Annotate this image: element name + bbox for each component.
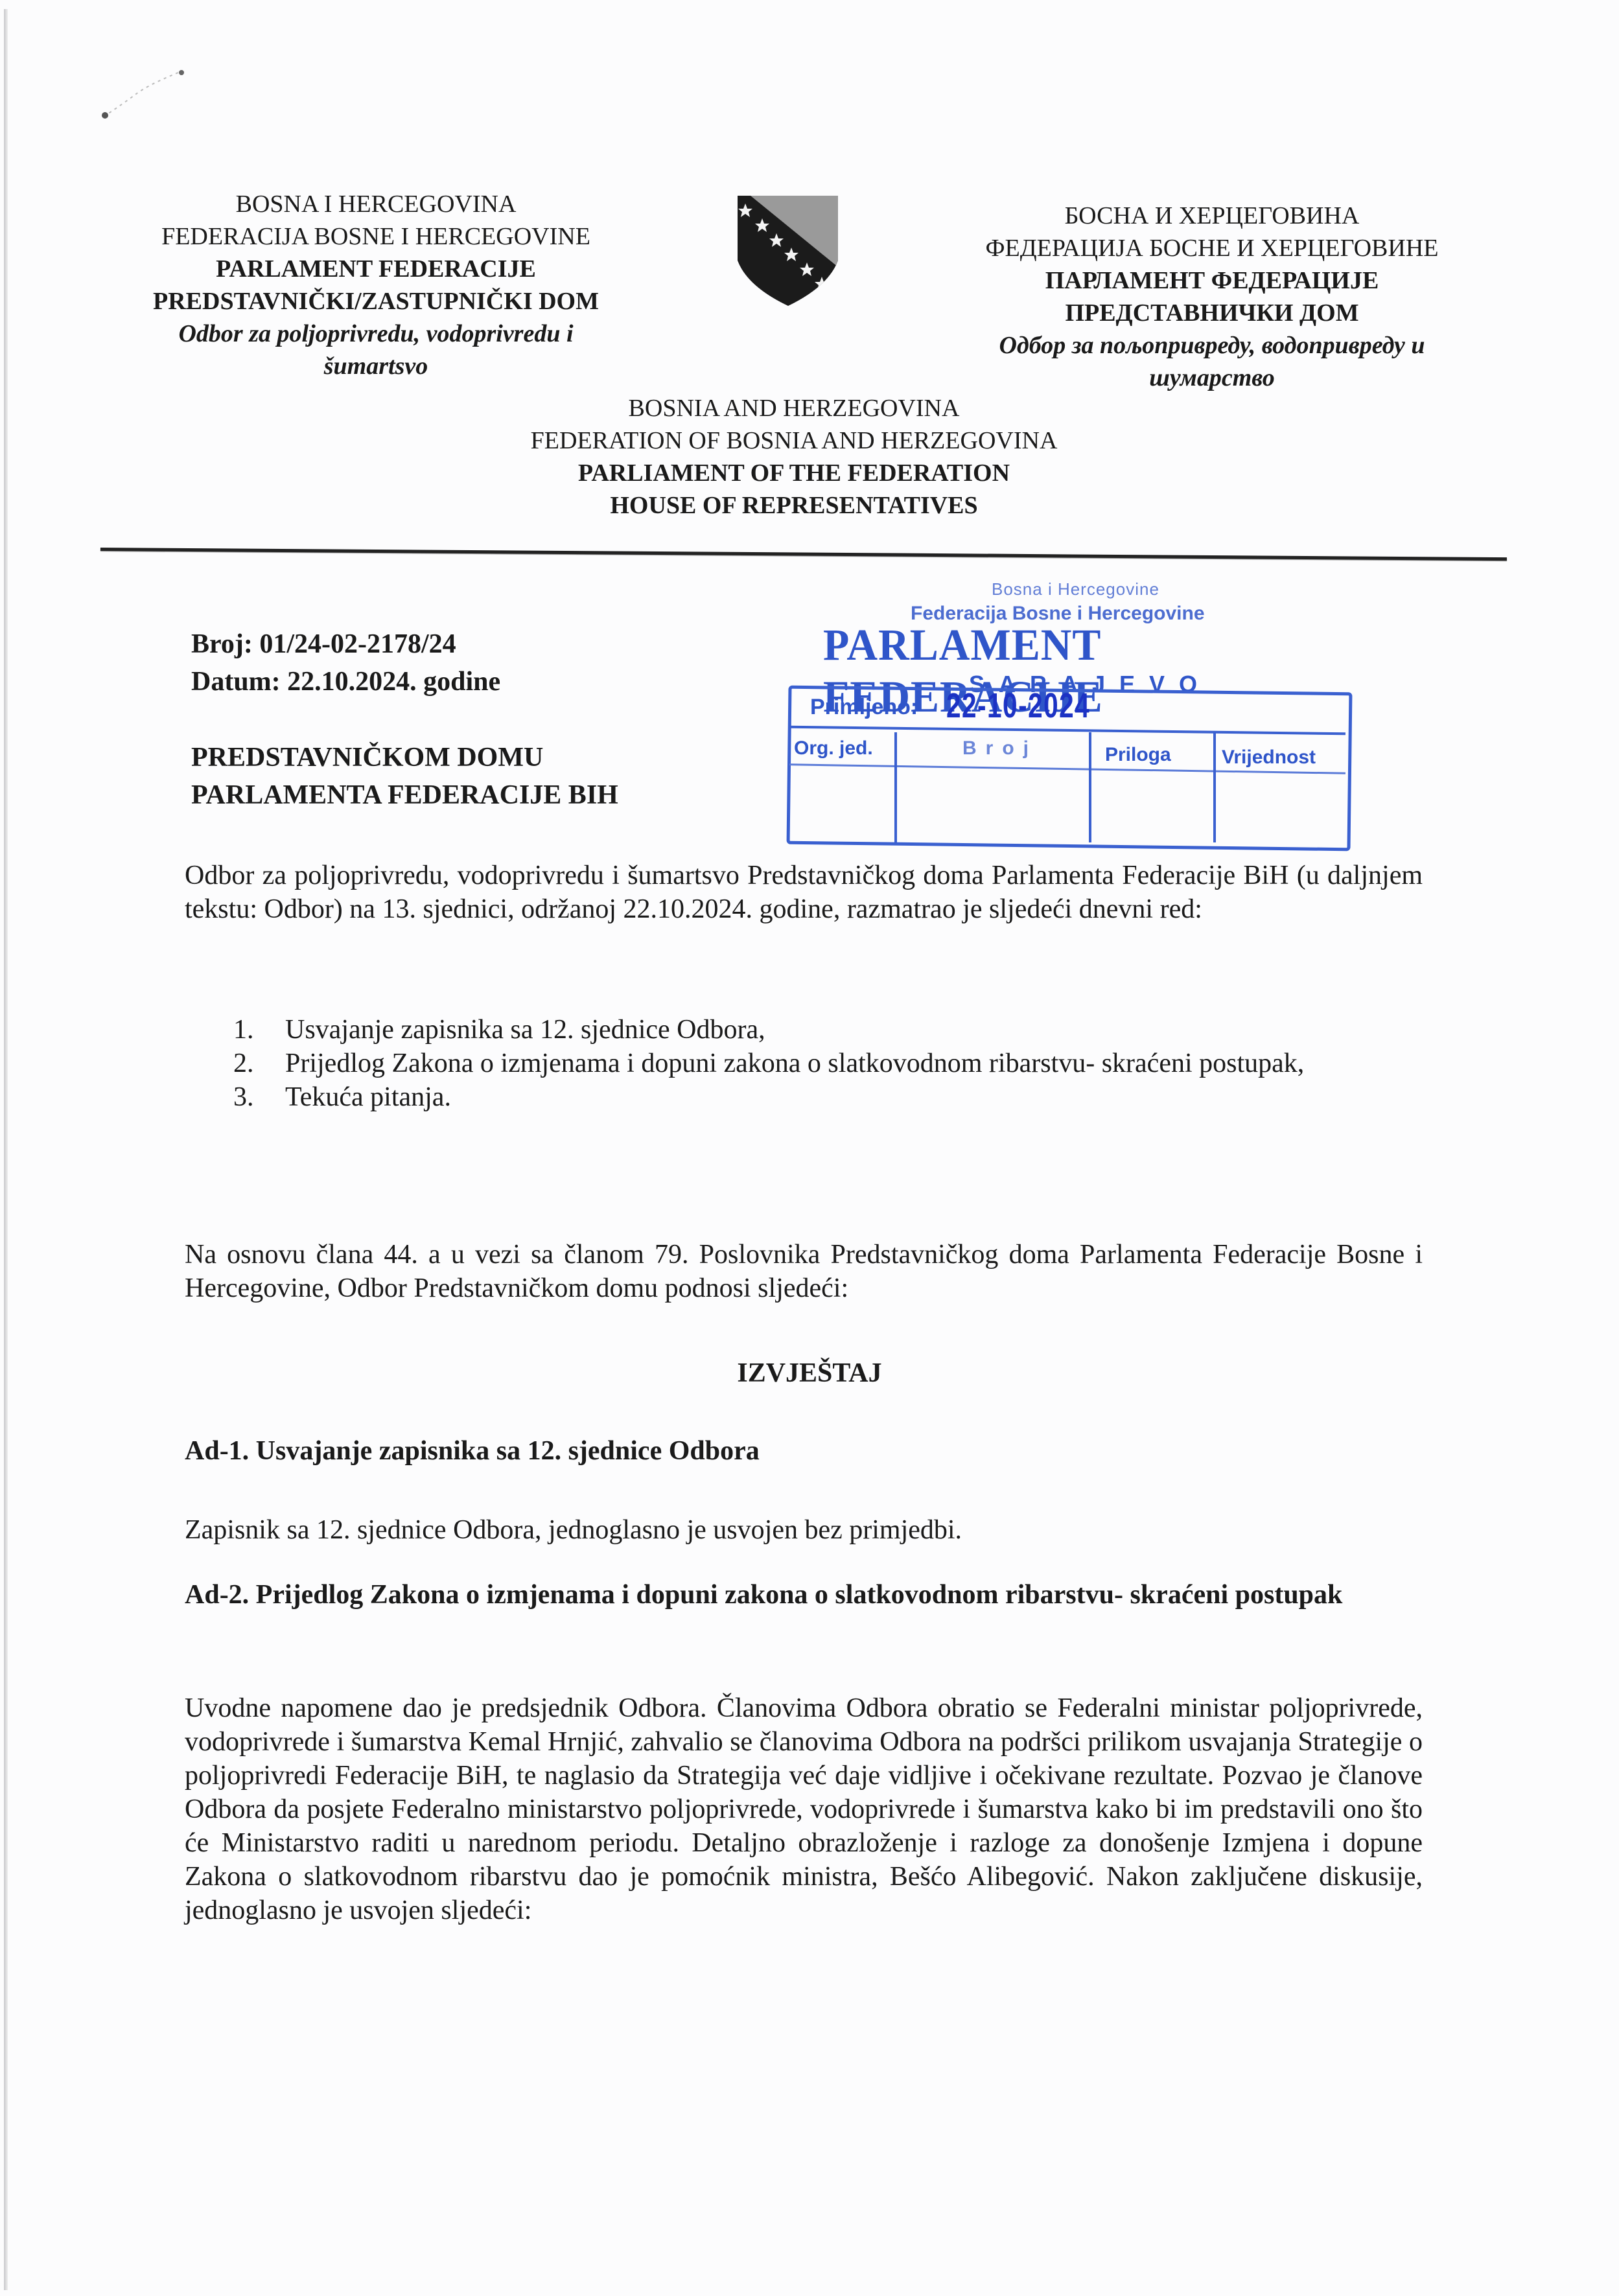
received-stamp: Bosna i Hercegovine Federacija Bosne i H… xyxy=(778,570,1361,862)
agenda-item-text: Prijedlog Zakona o izmjenama i dopuni za… xyxy=(285,1049,1304,1078)
agenda-item: 3. Tekuća pitanja. xyxy=(233,1080,1432,1114)
header-divider xyxy=(100,548,1507,561)
agenda-item: 2. Prijedlog Zakona o izmjenama i dopuni… xyxy=(233,1047,1432,1080)
agenda-item: 1. Usvajanje zapisnika sa 12. sjednice O… xyxy=(233,1013,1432,1047)
bih-coat-of-arms-icon xyxy=(731,189,844,309)
reference-date: Datum: 22.10.2024. godine xyxy=(191,663,500,701)
header-left-line4: PREDSTAVNIČKI/ZASTUPNIČKI DOM xyxy=(110,285,642,318)
agenda-item-text: Usvajanje zapisnika sa 12. sjednice Odbo… xyxy=(285,1015,765,1045)
header-left-line1: BOSNA I HERCEGOVINA xyxy=(110,188,642,220)
header-left-line3: PARLAMENT FEDERACIJE xyxy=(110,253,642,285)
header-right-line2: ФЕДЕРАЦИЈА БОСНЕ И ХЕРЦЕГОВИНЕ xyxy=(933,232,1491,264)
header-right-line1: БОСНА И ХЕРЦЕГОВИНА xyxy=(933,200,1491,232)
ad2-heading: Ad-2. Prijedlog Zakona o izmjenama i dop… xyxy=(185,1577,1351,1613)
basis-paragraph: Na osnovu člana 44. a u vezi sa članom 7… xyxy=(185,1238,1423,1305)
agenda-list: 1. Usvajanje zapisnika sa 12. sjednice O… xyxy=(233,1013,1432,1114)
header-center-line2: FEDERATION OF BOSNIA AND HERZEGOVINA xyxy=(454,424,1134,457)
agenda-item-number: 2. xyxy=(233,1047,254,1080)
addressee-line1: PREDSTAVNIČKOM DOMU xyxy=(191,739,618,776)
scan-smudge-icon xyxy=(97,65,188,123)
header-left-line2: FEDERACIJA BOSNE I HERCEGOVINE xyxy=(110,220,642,253)
header-left-line5: Odbor za poljoprivredu, vodoprivredu i xyxy=(110,318,642,350)
header-right-line6: шумарство xyxy=(933,362,1491,394)
stamp-col-org: Org. jed. xyxy=(794,737,873,760)
header-center-line1: BOSNIA AND HERZEGOVINA xyxy=(454,392,1134,424)
ad1-heading: Ad-1. Usvajanje zapisnika sa 12. sjednic… xyxy=(185,1435,760,1467)
stamp-received-date: 22-10-2024 xyxy=(946,686,1090,726)
header-right-line3: ПАРЛАМЕНТ ФЕДЕРАЦИЈЕ xyxy=(933,264,1491,297)
header-left-line6: šumartsvo xyxy=(110,350,642,382)
header-center-line4: HOUSE OF REPRESENTATIVES xyxy=(454,489,1134,522)
header-bosnian: BOSNA I HERCEGOVINA FEDERACIJA BOSNE I H… xyxy=(110,188,642,382)
addressee: PREDSTAVNIČKOM DOMU PARLAMENTA FEDERACIJ… xyxy=(191,739,618,814)
agenda-item-number: 3. xyxy=(233,1080,254,1114)
stamp-line1: Bosna i Hercegovine xyxy=(992,579,1159,599)
stamp-col-broj: Broj xyxy=(962,737,1038,760)
agenda-item-text: Tekuća pitanja. xyxy=(285,1082,451,1112)
stamp-received-label: Primljeno: xyxy=(810,695,918,720)
header-center-line3: PARLIAMENT OF THE FEDERATION xyxy=(454,457,1134,489)
report-title: IZVJEŠTAJ xyxy=(0,1358,1619,1389)
reference-number: Broj: 01/24-02-2178/24 xyxy=(191,625,500,663)
stamp-col-divider xyxy=(894,732,897,842)
header-english: BOSNIA AND HERZEGOVINA FEDERATION OF BOS… xyxy=(454,392,1134,522)
header-right-line5: Одбор за пољопривреду, водопривреду и xyxy=(933,329,1491,362)
stamp-col-priloga: Priloga xyxy=(1105,744,1171,766)
header-right-line4: ПРЕДСТАВНИЧКИ ДОМ xyxy=(933,297,1491,329)
ad2-paragraph: Uvodne napomene dao je predsjednik Odbor… xyxy=(185,1691,1423,1927)
header-cyrillic: БОСНА И ХЕРЦЕГОВИНА ФЕДЕРАЦИЈА БОСНЕ И Х… xyxy=(933,200,1491,394)
stamp-col-vrijednost: Vrijednost xyxy=(1222,747,1316,769)
stamp-col-divider xyxy=(1213,732,1216,842)
stamp-col-divider xyxy=(1089,732,1091,842)
intro-paragraph: Odbor za poljoprivredu, vodoprivredu i š… xyxy=(185,859,1423,926)
agenda-item-number: 1. xyxy=(233,1013,254,1047)
addressee-line2: PARLAMENTA FEDERACIJE BIH xyxy=(191,776,618,814)
document-reference: Broj: 01/24-02-2178/24 Datum: 22.10.2024… xyxy=(191,625,500,701)
scan-edge xyxy=(4,9,8,2290)
ad1-paragraph: Zapisnik sa 12. sjednice Odbora, jednogl… xyxy=(185,1513,1423,1547)
